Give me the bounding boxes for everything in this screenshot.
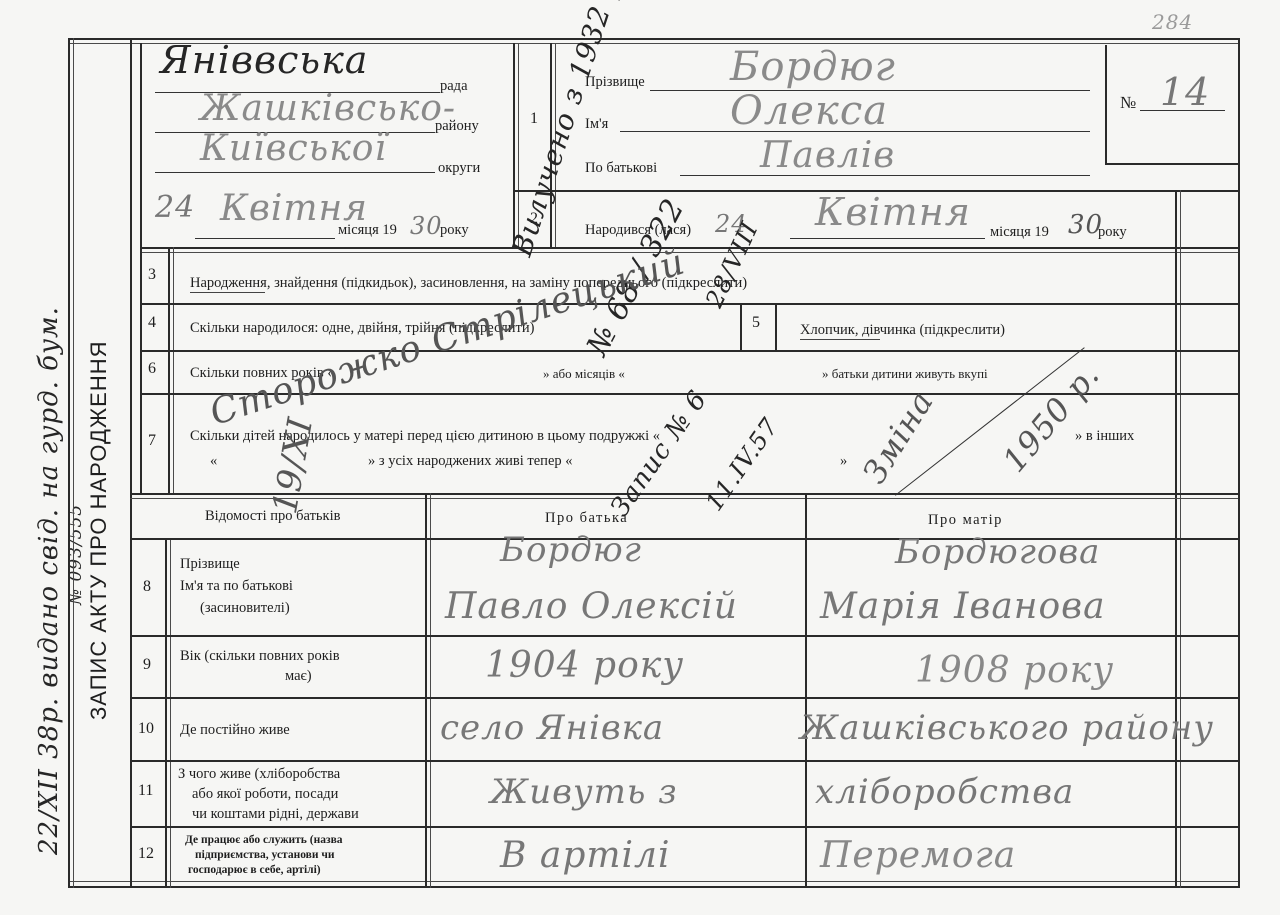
mother-residence: Жашківського району <box>800 708 1214 748</box>
mother-livelihood: хліборобства <box>815 772 1074 812</box>
okruh-label: округи <box>438 160 480 177</box>
raion-label: району <box>435 118 479 135</box>
row-number-11: 11 <box>138 782 153 800</box>
parents-header-label: Відомості про батьків <box>205 508 340 525</box>
row-9-label-1: Вік (скільки повних років <box>180 648 340 665</box>
record-number-value: 14 <box>1160 70 1210 114</box>
row-7-text-c: « <box>210 453 217 470</box>
rada-value: Яніввська <box>160 38 368 82</box>
row-8-label-1: Прізвище <box>180 556 240 573</box>
row-10-label: Де постійно живе <box>180 722 290 739</box>
row-11-label-3: чи коштами рідні, держави <box>192 806 359 823</box>
father-workplace: В артілі <box>500 835 671 876</box>
raion-value: Жашківсько- <box>200 88 456 129</box>
row-number-7: 7 <box>148 432 156 450</box>
mother-name: Марія Іванова <box>820 586 1106 627</box>
name-value: Олекса <box>730 88 888 134</box>
mother-surname: Бордюгова <box>895 532 1100 572</box>
row-number-9: 9 <box>143 656 151 674</box>
row-number-12: 12 <box>138 845 154 863</box>
patronymic-value: Павлів <box>760 135 895 176</box>
reg-date-month-label: місяця 19 <box>338 222 397 239</box>
row-number-10: 10 <box>138 720 154 738</box>
annotation-date-2: 11.IV.57 <box>700 412 784 516</box>
row-11-label-1: З чого живе (хліборобства <box>178 766 340 783</box>
row-11-label-2: або якої роботи, посади <box>192 786 338 803</box>
surname-value: Бордюг <box>730 44 896 90</box>
row-number-8: 8 <box>143 578 151 596</box>
father-header: Про батька <box>545 510 628 527</box>
patronymic-label: По батькові <box>585 160 657 177</box>
reg-date-year-label: року <box>440 222 469 239</box>
row-number-5: 5 <box>752 314 760 332</box>
row-7-text-b: » в інших <box>1075 428 1134 445</box>
mother-workplace: Перемога <box>820 835 1016 876</box>
row-12-label-2: підприємства, установи чи <box>195 848 335 863</box>
page-number: 284 <box>1152 10 1193 34</box>
reg-date-day: 24 <box>155 190 195 225</box>
row-8-label-3: (засиновителі) <box>200 600 290 617</box>
reg-date-year: 30 <box>410 212 443 240</box>
record-number-label: № <box>1120 93 1136 113</box>
name-label: Ім'я <box>585 116 608 133</box>
section-number-1: 1 <box>530 110 538 128</box>
row-8-label-2: Ім'я та по батькові <box>180 578 293 595</box>
row-number-3: 3 <box>148 266 156 284</box>
row-7-text-e: » <box>840 453 847 470</box>
row-5-text: Хлопчик, дівчинка (підкреслити) <box>800 322 1005 339</box>
mother-age: 1908 року <box>915 650 1114 691</box>
row-6-text-b: » або місяців « <box>543 366 625 382</box>
father-livelihood: Живуть з <box>490 772 678 812</box>
born-year-label: року <box>1098 224 1127 241</box>
row-7-text-d: » з усіх народжених живі тепер « <box>368 453 573 470</box>
annotation-year: 1950 р. <box>995 356 1107 479</box>
row-12-label-1: Де працює або служить (назва <box>185 833 343 848</box>
row-9-label-2: має) <box>285 668 312 685</box>
document-title-vertical: ЗАПИС АКТУ ПРО НАРОДЖЕННЯ <box>86 340 112 720</box>
okruh-value: Київської <box>200 128 387 169</box>
row-number-4: 4 <box>148 314 156 332</box>
father-age: 1904 року <box>485 645 684 686</box>
row-number-6: 6 <box>148 360 156 378</box>
father-name: Павло Олексій <box>445 586 738 627</box>
annotation-change: Зміна <box>855 384 941 491</box>
annotation-record: Запис № 6 <box>605 385 714 522</box>
row-7-text-a: Скільки дітей народилось у матері перед … <box>190 428 660 445</box>
margin-note-line1: 22/XII 38р. видано свід. на гурд. бум. <box>34 306 64 855</box>
father-surname: Бордюг <box>500 530 642 570</box>
row-12-label-3: господарює в себе, артілі) <box>188 863 321 878</box>
father-residence: село Янівка <box>440 708 664 748</box>
annotation-date: 28/VIII <box>700 217 764 312</box>
row-6-text-c: » батьки дитини живуть вкупі <box>822 366 988 382</box>
mother-header: Про матір <box>928 512 1003 529</box>
born-month: Квітня <box>815 190 971 234</box>
born-month-label: місяця 19 <box>990 224 1049 241</box>
